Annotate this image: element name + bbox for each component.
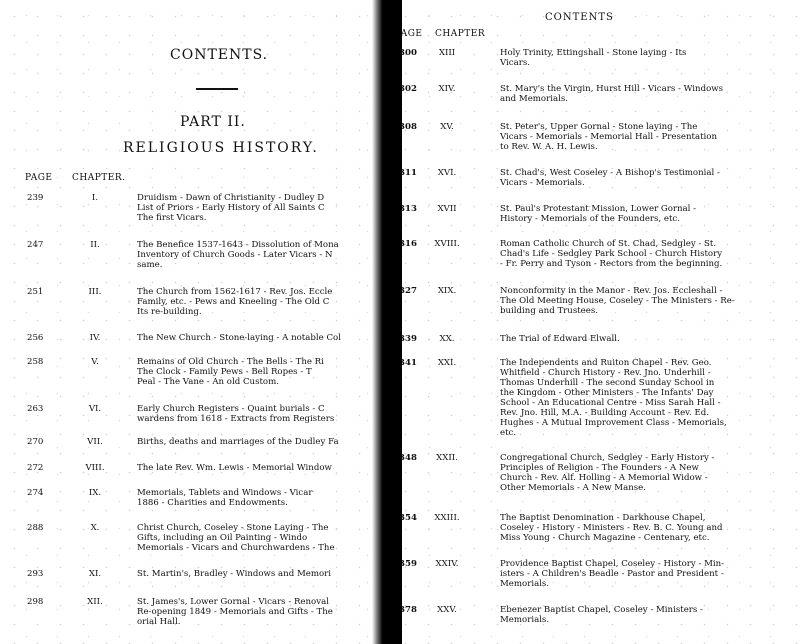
entry-line: the Kingdom - Other Ministers - The Infa… [500, 388, 714, 398]
entry-line: Nonconformity in the Manor - Rev. Jos. E… [500, 286, 722, 296]
entry-line: Miss Young - Church Magazine - Centenary… [500, 533, 710, 543]
entry-chapter: VII. [75, 437, 115, 447]
entry-page: 316 [399, 239, 429, 249]
entry-line: Vicars - Memorials. [500, 178, 585, 188]
entry-page: 327 [399, 286, 429, 296]
entry-line: orial Hall. [137, 617, 180, 627]
entry-line: to Rev. W. A. H. Lewis. [500, 142, 598, 152]
entry-chapter: VIII. [75, 463, 115, 473]
entry-line: Roman Catholic Church of St. Chad, Sedgl… [500, 239, 716, 249]
entry-line: wardens from 1618 - Extracts from Regist… [137, 414, 334, 424]
entry-line: Memorials, Tablets and Windows - Vicar [137, 488, 312, 498]
entry-line: same. [137, 260, 163, 270]
entry-chapter: XXI. [427, 358, 467, 368]
entry-page: 378 [399, 605, 429, 615]
entry-line: Memorials. [500, 615, 549, 625]
entry-line: St. James's, Lower Gornal - Vicars - Ren… [137, 597, 329, 607]
column-header-page: PAGE [25, 173, 53, 183]
entry-line: - Fr. Perry and Tyson - Rectors from the… [500, 259, 722, 269]
entry-line: Christ Church, Coseley - Stone Laying - … [137, 523, 328, 533]
entry-page: 247 [27, 240, 57, 250]
entry-line: St. Chad's, West Coseley - A Bishop's Te… [500, 168, 720, 178]
entry-line: St. Peter's, Upper Gornal - Stone laying… [500, 122, 697, 132]
entry-line: Holy Trinity, Ettingshall - Stone laying… [500, 48, 686, 58]
entry-page: 302 [399, 84, 429, 94]
entry-line: The first Vicars. [137, 213, 207, 223]
entry-line: Thomas Underhill - The second Sunday Sch… [500, 378, 714, 388]
entry-line: Its re-building. [137, 307, 202, 317]
entry-chapter: XXIII. [427, 513, 467, 523]
entry-line: Whitfield - Church History - Rev. Jno. U… [500, 368, 711, 378]
entry-chapter: XIII [427, 48, 467, 58]
part-heading: PART II. [180, 114, 246, 130]
entry-page: 270 [27, 437, 57, 447]
entry-line: The Church from 1562-1617 - Rev. Jos. Ec… [137, 287, 332, 297]
entry-line: Peal - The Vane - An old Custom. [137, 377, 279, 387]
entry-line: The Old Meeting House, Coseley - The Min… [500, 296, 735, 306]
entry-line: Inventory of Church Goods - Later Vicars… [137, 250, 333, 260]
entry-line: Memorials - Vicars and Churchwardens - T… [137, 543, 335, 553]
entry-chapter: XVIII. [427, 239, 467, 249]
entry-chapter: VI. [75, 404, 115, 414]
entry-line: building and Trustees. [500, 306, 598, 316]
entry-page: 293 [27, 569, 57, 579]
entry-chapter: V. [75, 357, 115, 367]
entry-line: Gifts, including an Oil Painting - Windo [137, 533, 307, 543]
entry-page: 256 [27, 333, 57, 343]
entry-page: 341 [399, 358, 429, 368]
entry-chapter: IX. [75, 488, 115, 498]
entry-chapter: I. [75, 193, 115, 203]
entry-page: 359 [399, 559, 429, 569]
entry-page: 298 [27, 597, 57, 607]
entry-line: Memorials. [500, 579, 549, 589]
entry-chapter: X. [75, 523, 115, 533]
entry-page: 239 [27, 193, 57, 203]
entry-page: 348 [399, 453, 429, 463]
entry-line: etc. [500, 428, 516, 438]
entry-line: Congregational Church, Sedgley - Early H… [500, 453, 714, 463]
entry-page: 272 [27, 463, 57, 473]
entry-chapter: XX. [427, 334, 467, 344]
entry-line: The Clock - Family Pews - Bell Ropes - T [137, 367, 312, 377]
entry-chapter: IV. [75, 333, 115, 343]
entry-line: Vicars - Memorials - Memorial Hall - Pre… [500, 132, 717, 142]
entry-line: The Benefice 1537-1643 - Dissolution of … [137, 240, 339, 250]
entry-line: History - Memorials of the Founders, etc… [500, 214, 680, 224]
entry-line: The Trial of Edward Elwall. [500, 334, 620, 344]
entry-page: 354 [399, 513, 429, 523]
entry-line: Ebenezer Baptist Chapel, Coseley - Minis… [500, 605, 703, 615]
entry-line: The Independents and Ruiton Chapel - Rev… [500, 358, 711, 368]
entry-chapter: XXV. [427, 605, 467, 615]
left-page: CONTENTS. PART II. RELIGIOUS HISTORY. PA… [0, 0, 375, 644]
entry-line: Vicars. [500, 58, 530, 68]
entry-page: 288 [27, 523, 57, 533]
entry-line: Chad's Life - Sedgley Park School - Chur… [500, 249, 722, 259]
entry-chapter: XXII. [427, 453, 467, 463]
entry-line: Births, deaths and marriages of the Dudl… [137, 437, 339, 447]
entry-line: Hughes - A Mutual Improvement Class - Me… [500, 418, 727, 428]
entry-chapter: III. [75, 287, 115, 297]
entry-page: 300 [399, 48, 429, 58]
entry-page: 263 [27, 404, 57, 414]
book-spine-gutter [372, 0, 402, 644]
page-title: CONTENTS. [170, 47, 268, 63]
entry-page: 339 [399, 334, 429, 344]
entry-page: 313 [399, 204, 429, 214]
entry-chapter: XI. [75, 569, 115, 579]
section-heading: RELIGIOUS HISTORY. [123, 140, 319, 156]
entry-chapter: XVII [427, 204, 467, 214]
entry-page: 258 [27, 357, 57, 367]
entry-chapter: XXIV. [427, 559, 467, 569]
entry-line: isters - A Children's Beadle - Pastor an… [500, 569, 724, 579]
entry-line: Providence Baptist Chapel, Coseley - His… [500, 559, 724, 569]
entry-line: St. Paul's Protestant Mission, Lower Gor… [500, 204, 696, 214]
entry-line: Principles of Religion - The Founders - … [500, 463, 699, 473]
book-spread: CONTENTS. PART II. RELIGIOUS HISTORY. PA… [0, 0, 800, 644]
entry-chapter: XII. [75, 597, 115, 607]
entry-line: Church - Rev. Alf. Holling - A Memorial … [500, 473, 708, 483]
entry-line: Other Memorials - A New Manse. [500, 483, 646, 493]
entry-line: School - An Educational Centre - Miss Sa… [500, 398, 721, 408]
entry-line: Coseley - History - Ministers - Rev. B. … [500, 523, 723, 533]
entry-chapter: XV. [427, 122, 467, 132]
entry-line: 1886 - Charities and Endowments. [137, 498, 288, 508]
entry-page: 311 [399, 168, 429, 178]
entry-line: St. Martin's, Bradley - Windows and Memo… [137, 569, 331, 579]
entry-line: Rev. Jno. Hill, M.A. - Building Account … [500, 408, 709, 418]
column-header-chapter: CHAPTER. [72, 173, 126, 183]
entry-line: List of Priors - Early History of All Sa… [137, 203, 325, 213]
title-rule-divider [196, 88, 238, 90]
column-header-chapter: CHAPTER [435, 29, 485, 39]
entry-line: Family, etc. - Pews and Kneeling - The O… [137, 297, 329, 307]
right-page: CONTENTS PAGE CHAPTER 300 XIII Holy Trin… [395, 0, 800, 644]
entry-chapter: XIX. [427, 286, 467, 296]
entry-line: St. Mary's the Virgin, Hurst Hill - Vica… [500, 84, 723, 94]
entry-page: 274 [27, 488, 57, 498]
entry-line: The late Rev. Wm. Lewis - Memorial Windo… [137, 463, 332, 473]
entry-line: The New Church - Stone-laying - A notabl… [137, 333, 341, 343]
entry-line: Druidism - Dawn of Christianity - Dudley… [137, 193, 324, 203]
entry-page: 308 [399, 122, 429, 132]
entry-line: and Memorials. [500, 94, 568, 104]
entry-line: Early Church Registers - Quaint burials … [137, 404, 325, 414]
entry-page: 251 [27, 287, 57, 297]
entry-chapter: II. [75, 240, 115, 250]
entry-chapter: XVI. [427, 168, 467, 178]
running-header: CONTENTS [545, 12, 614, 23]
entry-chapter: XIV. [427, 84, 467, 94]
entry-line: The Baptist Denomination - Darkhouse Cha… [500, 513, 705, 523]
entry-line: Re-opening 1849 - Memorials and Gifts - … [137, 607, 333, 617]
entry-line: Remains of Old Church - The Bells - The … [137, 357, 324, 367]
